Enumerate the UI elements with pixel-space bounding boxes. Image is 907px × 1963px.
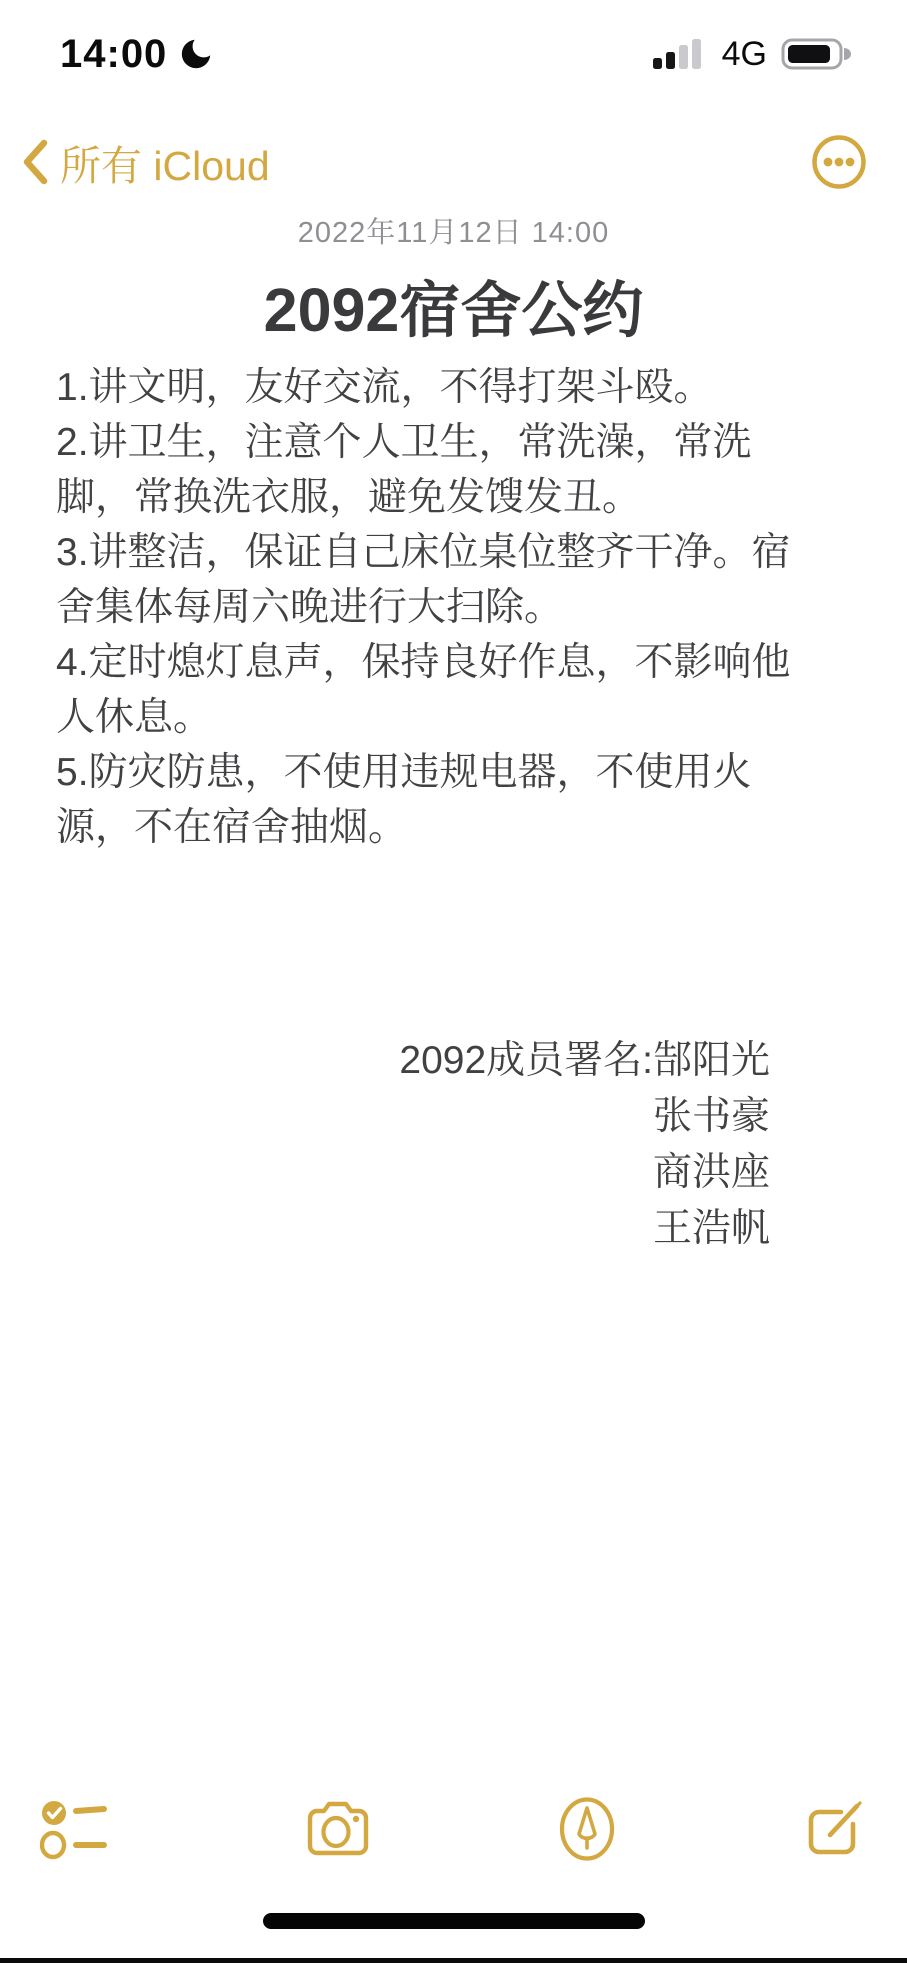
markup-button[interactable]	[558, 1796, 616, 1862]
camera-button[interactable]	[305, 1801, 371, 1857]
network-type-label: 4G	[722, 35, 767, 74]
battery-icon	[781, 37, 851, 71]
home-indicator[interactable]	[263, 1913, 645, 1929]
checklist-button[interactable]	[40, 1798, 118, 1860]
note-signature-block[interactable]: 2092成员署名:郜阳光 张书豪 商洪座 王浩帆	[399, 1033, 770, 1257]
note-body-line: 脚，常换洗衣服，避免发馊发丑。	[56, 470, 871, 525]
signature-line: 张书豪	[399, 1089, 770, 1145]
note-body-line: 5.防灾防患，不使用违规电器，不使用火	[56, 745, 871, 800]
notes-app-screen: 14:00 4G	[0, 0, 907, 1963]
more-options-button[interactable]	[811, 134, 867, 190]
cellular-signal-icon	[652, 37, 708, 71]
compose-icon	[803, 1798, 865, 1860]
note-body-line: 1.讲文明，友好交流，不得打架斗殴。	[56, 360, 871, 415]
back-button[interactable]: 所有 iCloud	[20, 133, 270, 192]
note-title: 2092宿舍公约	[0, 262, 907, 349]
nav-bar: 所有 iCloud	[0, 124, 907, 200]
note-body-line: 人休息。	[56, 690, 871, 745]
status-bar: 14:00 4G	[0, 26, 907, 82]
compose-button[interactable]	[803, 1798, 865, 1860]
note-body-line: 3.讲整洁，保证自己床位桌位整齐干净。宿	[56, 525, 871, 580]
ellipsis-circle-icon	[811, 134, 867, 190]
moon-icon	[177, 35, 215, 73]
back-label: 所有 iCloud	[60, 133, 270, 192]
note-body-line: 2.讲卫生，注意个人卫生，常洗澡，常洗	[56, 415, 871, 470]
clock-time: 14:00	[60, 32, 167, 77]
signature-line: 商洪座	[399, 1145, 770, 1201]
note-body-line: 源，不在宿舍抽烟。	[56, 800, 871, 855]
note-date: 2022年11月12日 14:00	[0, 210, 907, 251]
markup-pen-icon	[558, 1796, 616, 1862]
camera-icon	[305, 1801, 371, 1857]
bottom-toolbar	[0, 1792, 907, 1866]
note-body-line: 舍集体每周六晚进行大扫除。	[56, 580, 871, 635]
note-body[interactable]: 1.讲文明，友好交流，不得打架斗殴。 2.讲卫生，注意个人卫生，常洗澡，常洗 脚…	[56, 360, 871, 855]
note-body-line: 4.定时熄灯息声，保持良好作息，不影响他	[56, 635, 871, 690]
signature-line: 2092成员署名:郜阳光	[399, 1033, 770, 1089]
checklist-icon	[40, 1798, 118, 1860]
screen-bottom-edge	[0, 1958, 907, 1963]
chevron-left-icon	[20, 138, 48, 186]
signature-line: 王浩帆	[399, 1201, 770, 1257]
